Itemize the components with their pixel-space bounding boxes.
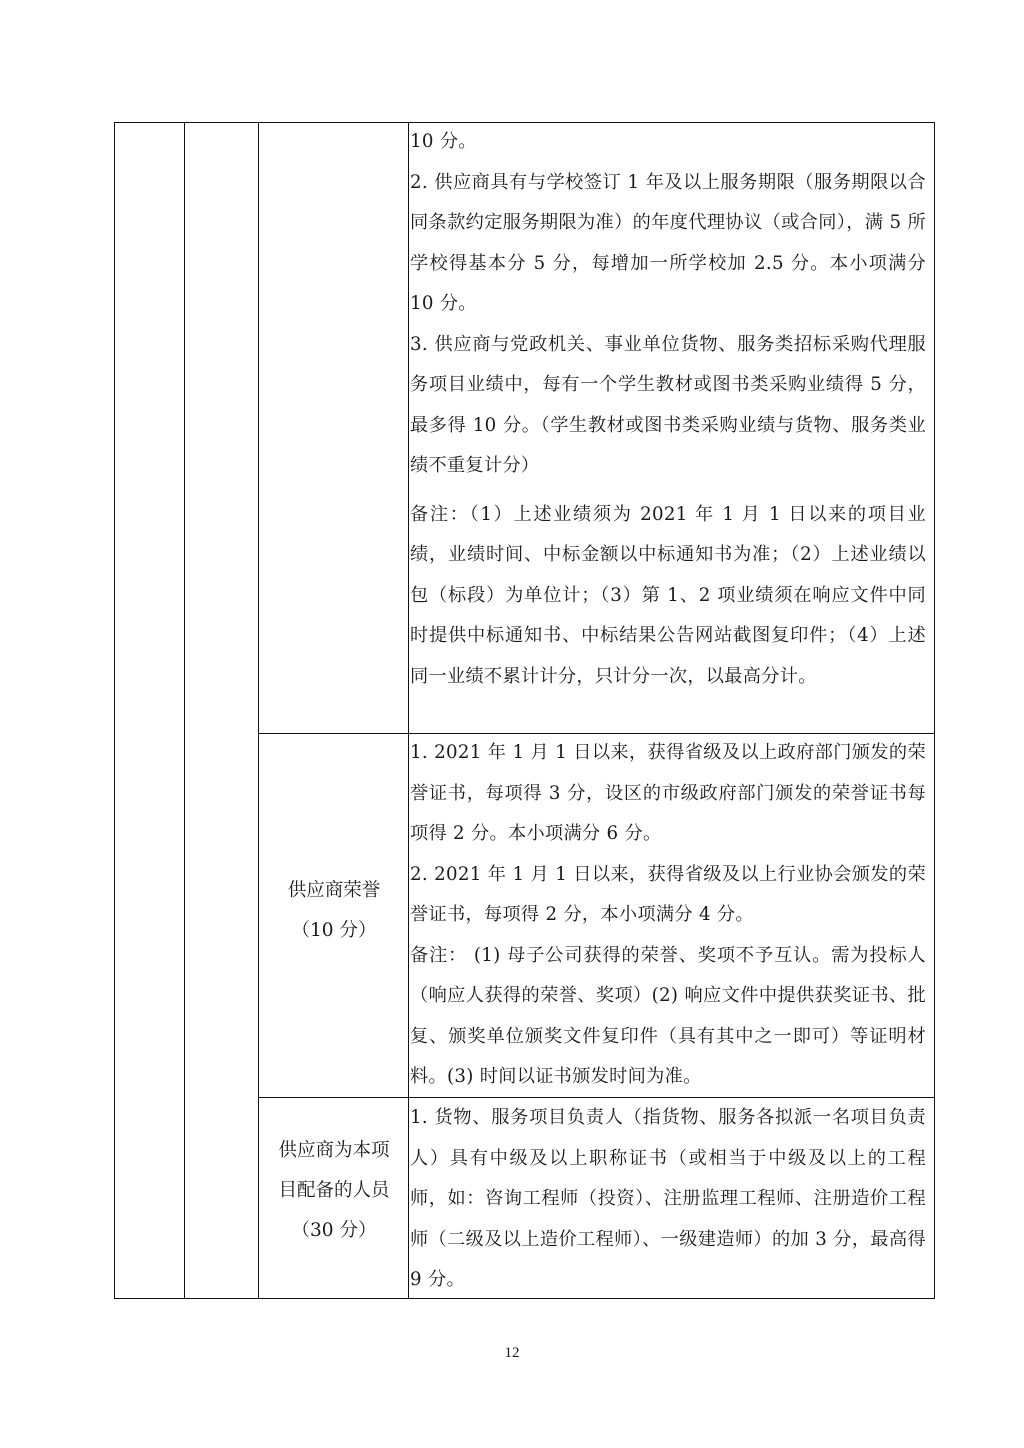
scoring-table: 10 分。 2. 供应商具有与学校签订 1 年及以上服务期限（服务期限以合同条款… xyxy=(114,122,935,1299)
page-number: 12 xyxy=(0,1345,1024,1362)
category-name: 供应商荣誉 xyxy=(259,871,409,911)
criteria-paragraph: 1. 货物、服务项目负责人（指货物、服务各拟派一名项目负责人）具有中级及以上职称… xyxy=(410,1098,926,1301)
criteria-note: 备注：（1）上述业绩须为 2021 年 1 月 1 日以来的项目业绩，业绩时间、… xyxy=(410,495,926,698)
document-page: 10 分。 2. 供应商具有与学校签订 1 年及以上服务期限（服务期限以合同条款… xyxy=(0,0,1024,1448)
criteria-note: 备注： (1) 母子公司获得的荣誉、奖项不予互认。需为投标人（响应人获得的荣誉、… xyxy=(410,936,926,1098)
criteria-paragraph: 2. 2021 年 1 月 1 日以来，获得省级及以上行业协会颁发的荣誉证书，每… xyxy=(410,855,926,936)
column-divider xyxy=(258,123,259,1298)
category-points: （10 分） xyxy=(259,911,409,951)
column-divider xyxy=(184,123,185,1298)
criteria-paragraph: 3. 供应商与党政机关、事业单位货物、服务类招标采购代理服务项目业绩中，每有一个… xyxy=(410,325,926,487)
criteria-cell-performance: 10 分。 2. 供应商具有与学校签订 1 年及以上服务期限（服务期限以合同条款… xyxy=(410,122,926,697)
criteria-paragraph: 2. 供应商具有与学校签订 1 年及以上服务期限（服务期限以合同条款约定服务期限… xyxy=(410,163,926,325)
column-divider xyxy=(408,123,409,1298)
category-label-honors: 供应商荣誉 （10 分） xyxy=(259,871,409,951)
criteria-cell-honors: 1. 2021 年 1 月 1 日以来，获得省级及以上政府部门颁发的荣誉证书，每… xyxy=(410,733,926,1098)
criteria-cell-personnel: 1. 货物、服务项目负责人（指货物、服务各拟派一名项目负责人）具有中级及以上职称… xyxy=(410,1098,926,1301)
criteria-paragraph: 1. 2021 年 1 月 1 日以来，获得省级及以上政府部门颁发的荣誉证书，每… xyxy=(410,733,926,855)
category-name: 供应商为本项 xyxy=(259,1131,409,1171)
category-points: （30 分） xyxy=(259,1211,409,1251)
criteria-paragraph: 10 分。 xyxy=(410,122,926,163)
category-label-personnel: 供应商为本项 目配备的人员 （30 分） xyxy=(259,1131,409,1251)
category-name: 目配备的人员 xyxy=(259,1171,409,1211)
